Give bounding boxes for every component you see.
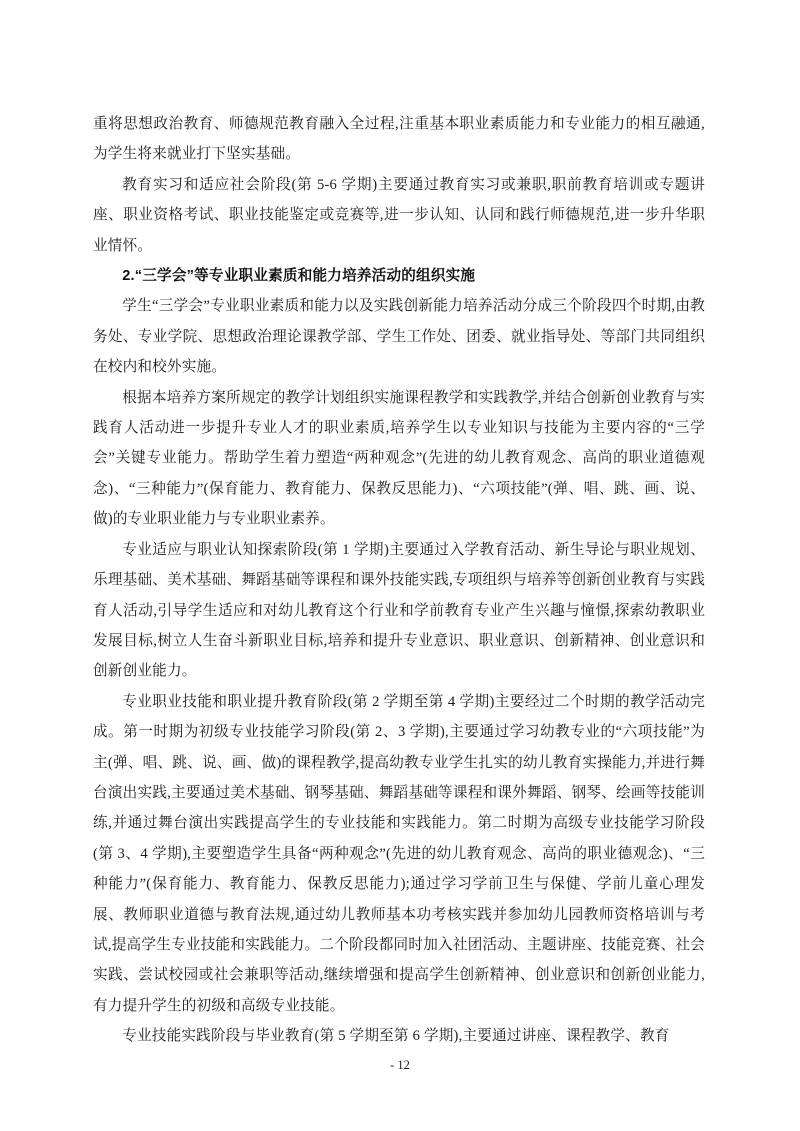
paragraph: 教育实习和适应社会阶段(第 5-6 学期)主要通过教育实习或兼职,职前教育培训或… [93,170,705,261]
paragraph: 专业技能实践阶段与毕业教育(第 5 学期至第 6 学期),主要通过讲座、课程教学… [93,1021,705,1051]
text-block: 重将思想政治教育、师德规范教育融入全过程,注重基本职业素质能力和专业能力的相互融… [93,109,705,1052]
paragraph: 学生“三学会”专业职业素质和能力以及实践创新能力培养活动分成三个阶段四个时期,由… [93,291,705,382]
paragraph: 专业适应与职业认知探索阶段(第 1 学期)主要通过入学教育活动、新生导论与职业规… [93,535,705,687]
document-page: 重将思想政治教育、师德规范教育融入全过程,注重基本职业素质能力和专业能力的相互融… [0,0,800,1131]
paragraph: 根据本培养方案所规定的教学计划组织实施课程教学和实践教学,并结合创新创业教育与实… [93,383,705,535]
paragraph-continuation: 重将思想政治教育、师德规范教育融入全过程,注重基本职业素质能力和专业能力的相互融… [93,109,705,170]
page-number: - 12 [0,1056,800,1074]
section-heading: 2.“三学会”等专业职业素质和能力培养活动的组织实施 [93,261,705,291]
paragraph: 专业职业技能和职业提升教育阶段(第 2 学期至第 4 学期)主要经过二个时期的教… [93,687,705,1021]
